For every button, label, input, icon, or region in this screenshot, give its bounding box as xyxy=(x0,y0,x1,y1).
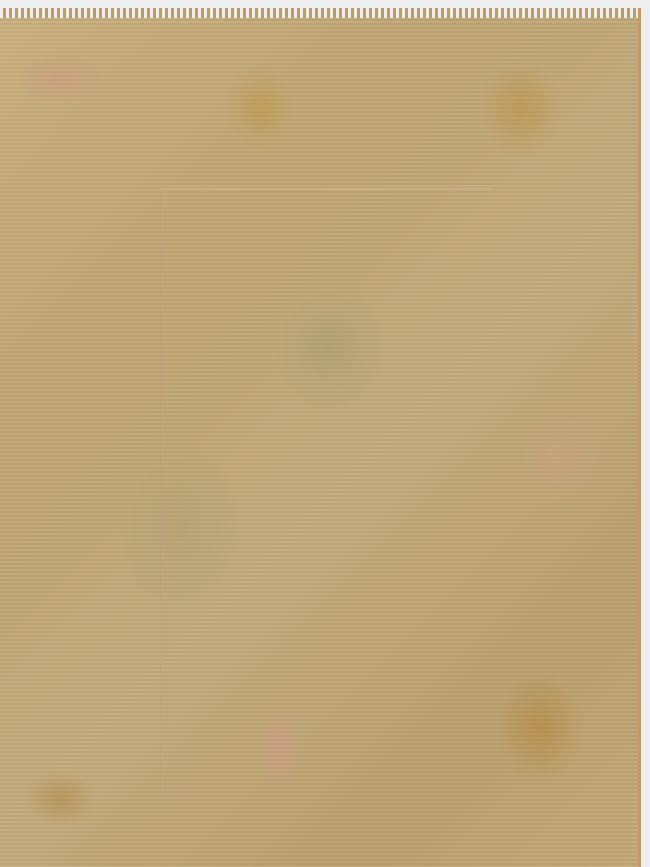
rug-field-panel xyxy=(160,188,491,809)
rug xyxy=(0,8,641,867)
rug-fringe xyxy=(0,8,638,18)
rug-photo xyxy=(0,0,650,867)
